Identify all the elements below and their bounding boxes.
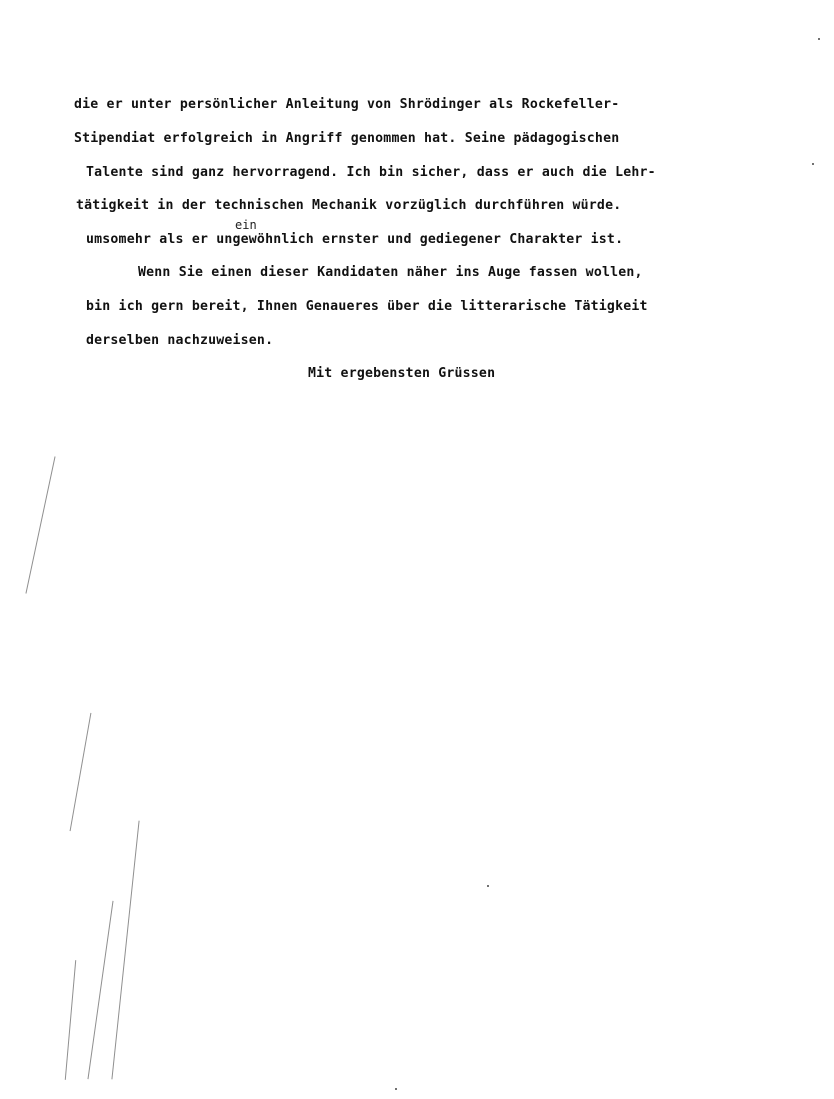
text-line-5: umsomehr als er ungewöhnlich ernster und… [86,232,623,247]
scan-artifact [70,713,92,831]
interlinear-insertion: ein [235,218,257,232]
scan-speck [818,38,820,40]
scan-artifact [111,821,139,1080]
scan-artifact [87,901,113,1079]
text-line-1: die er unter persönlicher Anleitung von … [74,97,619,112]
letter-page: die er unter persönlicher Anleitung von … [0,0,834,1099]
text-line-2: Stipendiat erfolgreich in Angriff genomm… [74,131,619,146]
scan-artifact [25,456,55,593]
scan-speck [487,885,489,887]
text-line-8: derselben nachzuweisen. [86,333,273,348]
text-line-6: Wenn Sie einen dieser Kandidaten näher i… [138,265,643,280]
scan-artifact [65,960,76,1080]
text-line-3: Talente sind ganz hervorragend. Ich bin … [86,165,656,180]
text-line-4: tätigkeit in der technischen Mechanik vo… [76,198,621,213]
text-line-7: bin ich gern bereit, Ihnen Genaueres übe… [86,299,648,314]
scan-speck [395,1088,397,1090]
scan-speck [812,163,814,165]
closing-line: Mit ergebensten Grüssen [308,366,495,381]
